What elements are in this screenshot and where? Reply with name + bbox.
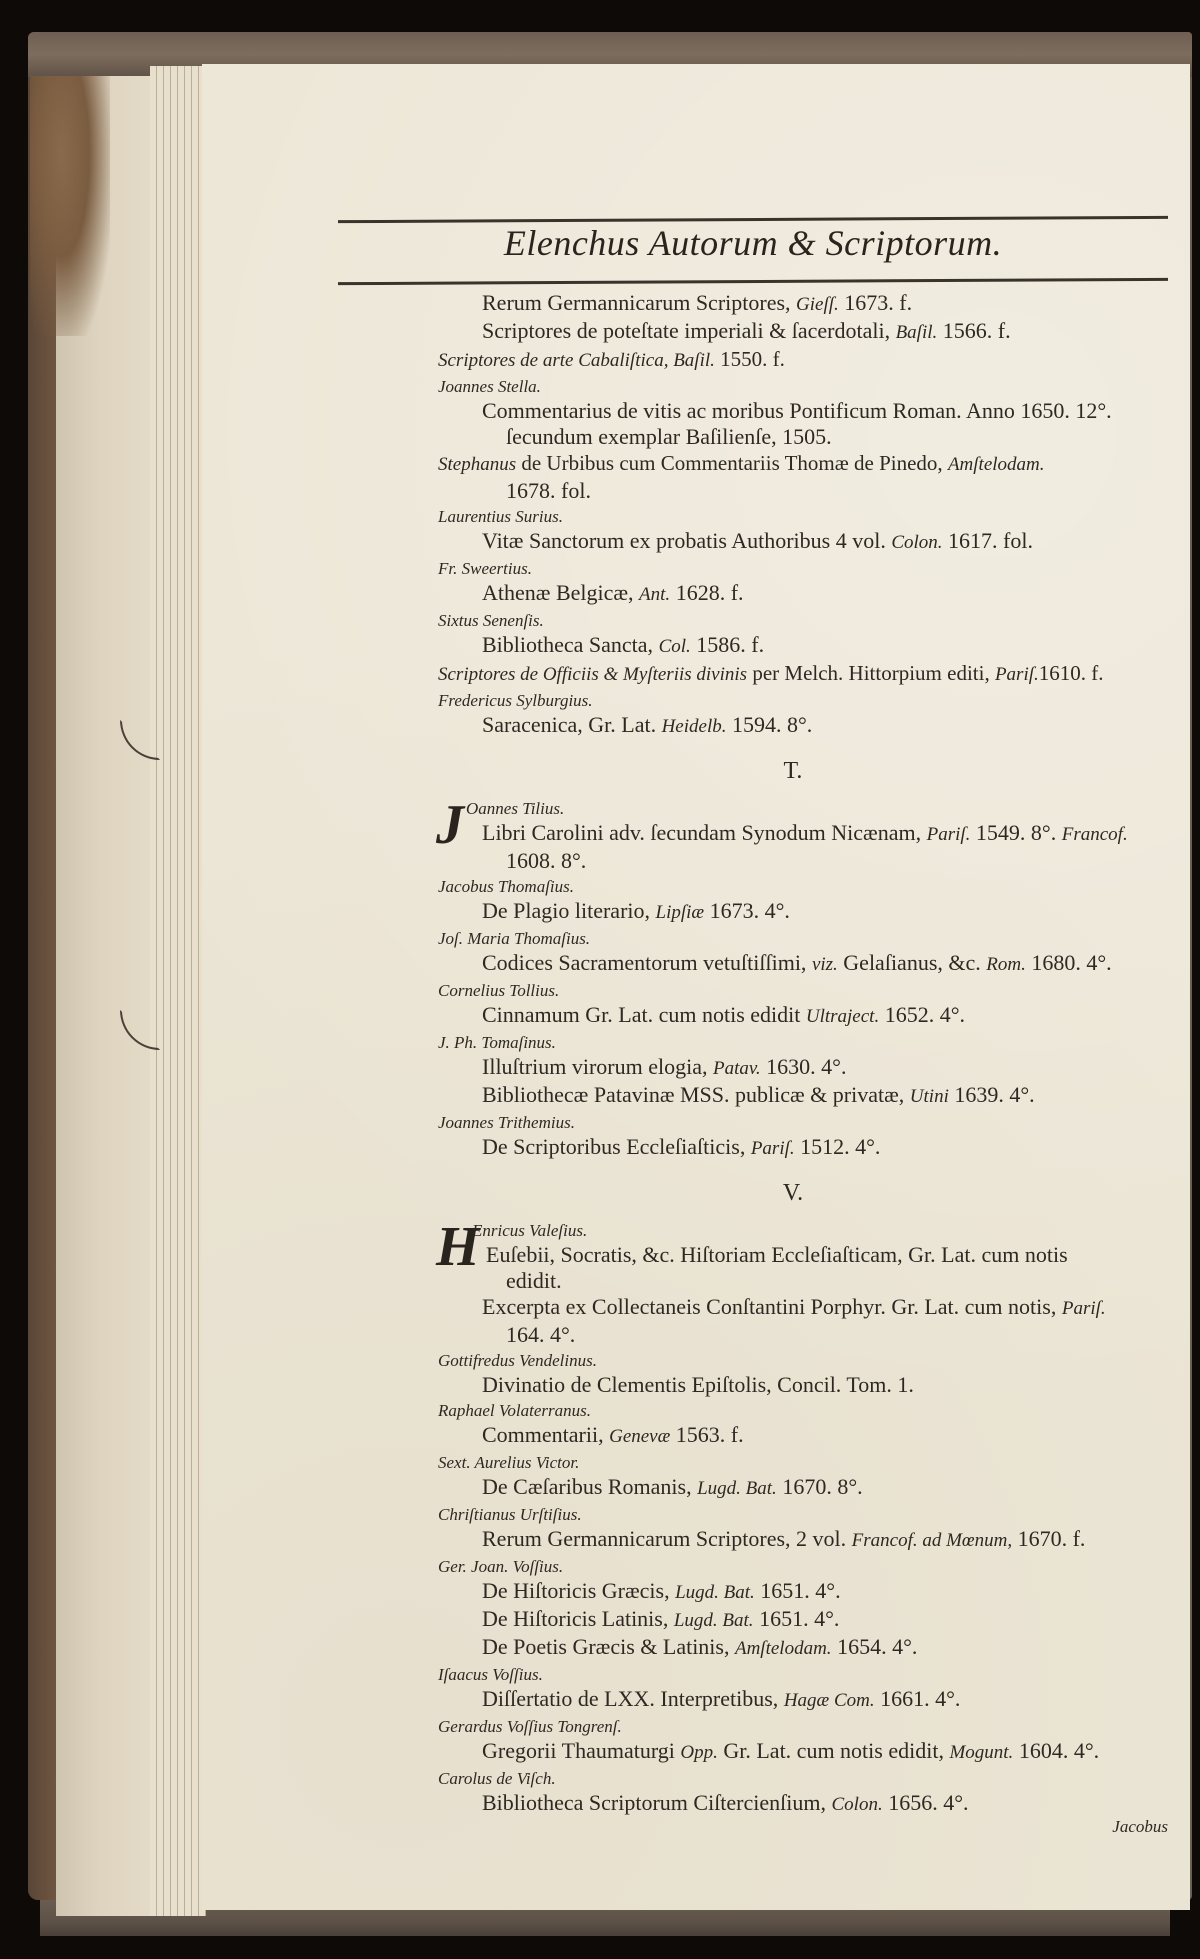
leather-stain [30, 76, 110, 336]
entry-work: Diſſertatio de LXX. Interpretibus, Hagæ … [458, 1686, 1168, 1714]
entry-work: Divinatio de Clementis Epiſtolis, Concil… [458, 1372, 1168, 1398]
entry-work: De Hiſtoricis Latinis, Lugd. Bat. 1651. … [458, 1606, 1168, 1634]
entry-work: Illuſtrium virorum elogia, Patav. 1630. … [458, 1054, 1168, 1082]
entry-author: Chriſtianus Urſtiſius. [438, 1504, 1168, 1526]
page-content: Rerum Germannicarum Scriptores, Gieſſ. 1… [458, 290, 1168, 1840]
page-stack-edges [150, 66, 206, 1916]
entry-author-dropcap: J Oannes Tilius. [438, 798, 1168, 820]
entry-work: Bibliotheca Scriptorum Ciſtercienſium, C… [458, 1790, 1168, 1818]
entry-work: Gregorii Thaumaturgi Opp. Gr. Lat. cum n… [458, 1738, 1168, 1766]
entry-author: Joannes Trithemius. [438, 1112, 1168, 1134]
entry-author: Iſaacus Voſſius. [438, 1664, 1168, 1686]
entry-work: De Hiſtoricis Græcis, Lugd. Bat. 1651. 4… [458, 1578, 1168, 1606]
entry-author: Sixtus Senenſis. [438, 610, 1168, 632]
section-heading-T: T. [458, 758, 1168, 784]
entry-continuation: 1678. fol. [458, 478, 1168, 504]
entry-author: Jacobus Thomaſius. [438, 876, 1168, 898]
entry-author: Laurentius Surius. [438, 506, 1168, 528]
entry-work: Commentarius de vitis ac moribus Pontifi… [458, 398, 1168, 424]
entry-flush: Scriptores de arte Cabaliſtica, Baſil. 1… [438, 346, 1168, 374]
entry-work: Cinnamum Gr. Lat. cum notis edidit Ultra… [458, 1002, 1168, 1030]
entry-mixed: Stephanus de Urbibus cum Commentariis Th… [438, 450, 1168, 478]
entry-work: Scriptores de poteſtate imperiali & ſace… [458, 318, 1168, 346]
entry-author: Fredericus Sylburgius. [438, 690, 1168, 712]
entry-work: Excerpta ex Collectaneis Conſtantini Por… [458, 1294, 1168, 1322]
entry-work: De Scriptoribus Eccleſiaſticis, Pariſ. 1… [458, 1134, 1168, 1162]
entry-mixed: Scriptores de Officiis & Myſteriis divin… [438, 660, 1168, 688]
entry-author: Gerardus Voſſius Tongrenſ. [438, 1716, 1168, 1738]
entry-work: De Poetis Græcis & Latinis, Amſtelodam. … [458, 1634, 1168, 1662]
entry-work: Bibliotheca Sancta, Col. 1586. f. [458, 632, 1168, 660]
entry-continuation: ſecundum exemplar Baſilienſe, 1505. [458, 424, 1168, 450]
entry-work: Vitæ Sanctorum ex probatis Authoribus 4 … [458, 528, 1168, 556]
entry-author: Gottifredus Vendelinus. [438, 1350, 1168, 1372]
entry-continuation: edidit. [458, 1268, 1168, 1294]
entry-work: De Cæſaribus Romanis, Lugd. Bat. 1670. 8… [458, 1474, 1168, 1502]
entry-continuation: 1608. 8°. [458, 848, 1168, 874]
entry-author: Cornelius Tollius. [438, 980, 1168, 1002]
section-heading-V: V. [458, 1180, 1168, 1206]
entry-author-dropcap: H Enricus Valeſius. [438, 1220, 1168, 1242]
entry-work: Codices Sacramentorum vetuſtiſſimi, viz.… [458, 950, 1168, 978]
entry-work: Commentarii, Genevæ 1563. f. [458, 1422, 1168, 1450]
entry-author: Joſ. Maria Thomaſius. [438, 928, 1168, 950]
entry-work: Rerum Germannicarum Scriptores, 2 vol. F… [458, 1526, 1168, 1554]
entry-work: Rerum Germannicarum Scriptores, Gieſſ. 1… [458, 290, 1168, 318]
entry-author: J. Ph. Tomaſinus. [438, 1032, 1168, 1054]
entry-author: Raphael Volaterranus. [438, 1400, 1168, 1422]
entry-work: Euſebii, Socratis, &c. Hiſtoriam Eccleſi… [458, 1242, 1168, 1268]
entry-author: Fr. Sweertius. [438, 558, 1168, 580]
entry-continuation: 164. 4°. [458, 1322, 1168, 1348]
running-head: Elenchus Autorum & Scriptorum. [338, 222, 1168, 264]
entry-author: Sext. Aurelius Victor. [438, 1452, 1168, 1474]
entry-author: Joannes Stella. [438, 376, 1168, 398]
entry-author: Carolus de Viſch. [438, 1768, 1168, 1790]
entry-author: Ger. Joan. Voſſius. [438, 1556, 1168, 1578]
entry-work: Bibliothecæ Patavinæ MSS. publicæ & priv… [458, 1082, 1168, 1110]
entry-work: Athenæ Belgicæ, Ant. 1628. f. [458, 580, 1168, 608]
entry-work: Saracenica, Gr. Lat. Heidelb. 1594. 8°. [458, 712, 1168, 740]
entry-work: Libri Carolini adv. ſecundam Synodum Nic… [458, 820, 1168, 848]
entry-work: De Plagio literario, Lipſiæ 1673. 4°. [458, 898, 1168, 926]
